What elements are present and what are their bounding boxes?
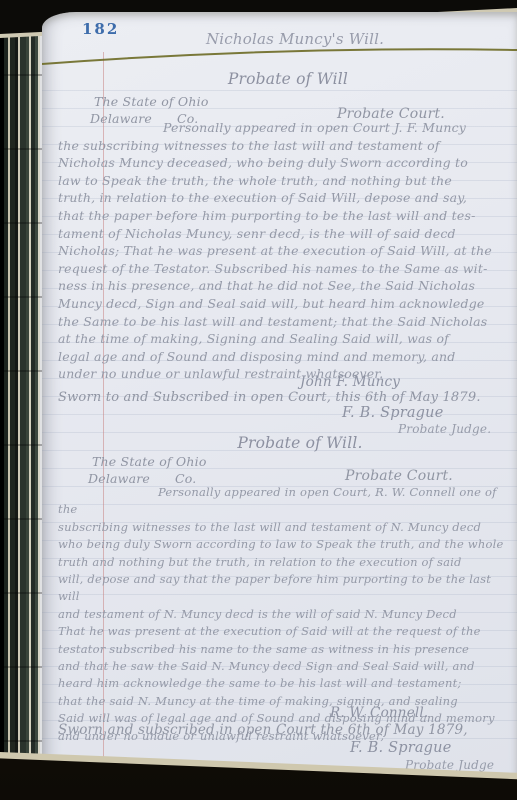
section2-sworn-line: Sworn and subscribed in open Court the 6… bbox=[58, 722, 468, 738]
ledger-photo: 182 Nicholas Muncy's Will. Probate of Wi… bbox=[0, 0, 517, 800]
book-page-edges bbox=[0, 0, 46, 800]
section2-witness-signature: R. W. Connell. bbox=[330, 705, 428, 721]
section1-sworn-line: Sworn to and Subscribed in open Court, t… bbox=[58, 390, 481, 405]
section2-court-label: Probate Court. bbox=[345, 468, 453, 484]
section1-judge-signature: F. B. Sprague bbox=[342, 405, 444, 421]
section2-body: Personally appeared in open Court, R. W.… bbox=[58, 484, 516, 745]
section1-heading: Probate of Will bbox=[102, 70, 474, 88]
section2-heading: Probate of Will. bbox=[122, 434, 478, 452]
section1-body: Personally appeared in open Court J. F. … bbox=[58, 119, 514, 383]
section1-witness-signature: John F. Muncy bbox=[300, 374, 400, 390]
section1-state-line: The State of Ohio bbox=[94, 94, 209, 109]
ledger-page: 182 Nicholas Muncy's Will. Probate of Wi… bbox=[42, 12, 517, 787]
section2-state-line: The State of Ohio bbox=[92, 454, 207, 469]
section2-judge-signature: F. B. Sprague bbox=[350, 740, 452, 756]
head-rule-line bbox=[42, 12, 517, 72]
